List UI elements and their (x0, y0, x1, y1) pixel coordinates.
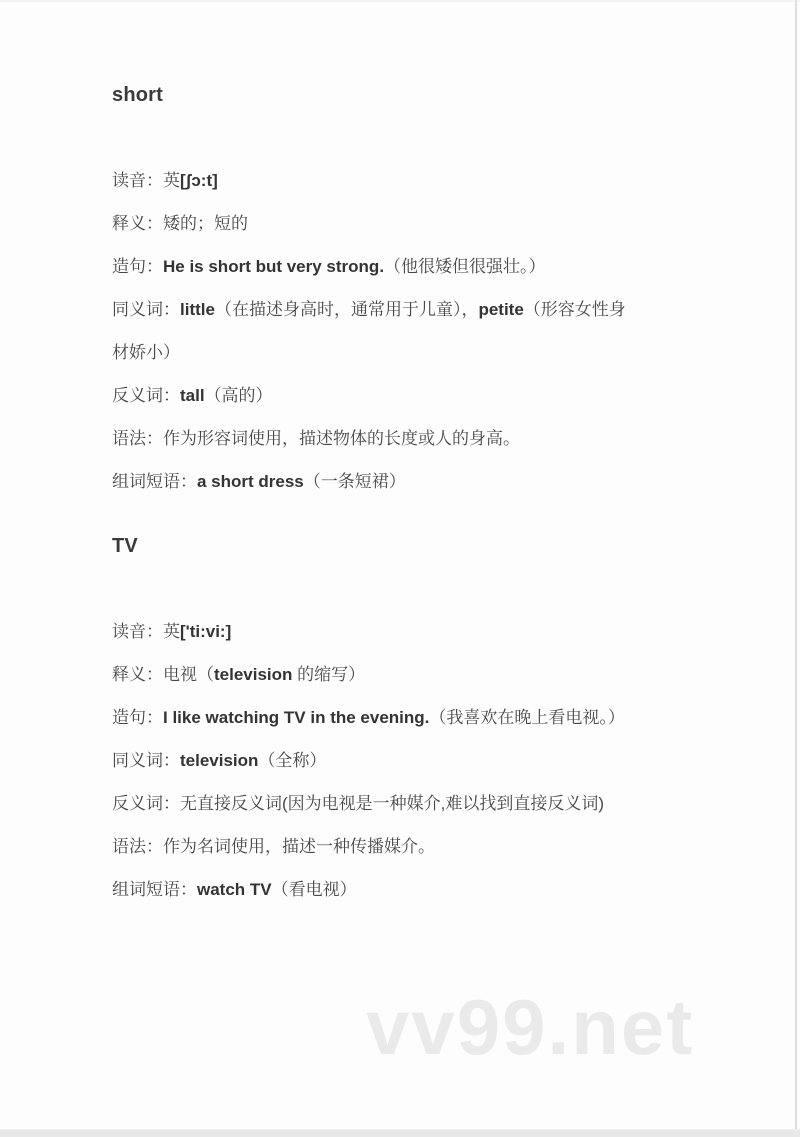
chinese-text: 释义：矮的；短的 (112, 214, 248, 233)
english-text: television (214, 665, 292, 684)
page-right-edge (795, 0, 797, 1130)
chinese-text: 造句： (112, 257, 163, 276)
entry-headword: TV (112, 535, 710, 557)
chinese-text: 语法：作为名词使用，描述一种传播媒介。 (112, 837, 435, 856)
chinese-text: 的缩写） (292, 665, 365, 684)
chinese-text: 反义词： (112, 386, 180, 405)
english-text: tall (180, 386, 205, 405)
chinese-text: （他很矮但很强壮。） (384, 257, 546, 276)
english-text: little (180, 300, 215, 319)
chinese-text: （一条短裙） (304, 472, 406, 491)
english-text: [ʃɔ:t] (180, 171, 218, 190)
entry-line: 读音：英['ti:vi:] (112, 619, 710, 645)
entry-line: 语法：作为名词使用，描述一种传播媒介。 (112, 834, 710, 860)
entry-line: 组词短语：a short dress（一条短裙） (112, 469, 710, 495)
chinese-text: 读音：英 (112, 622, 180, 641)
chinese-text: 同义词： (112, 300, 180, 319)
chinese-text: （看电视） (272, 880, 357, 899)
chinese-text: （我喜欢在晚上看电视。） (429, 708, 625, 727)
english-text: petite (478, 300, 523, 319)
chinese-text: 同义词： (112, 751, 180, 770)
entry-line: 释义：电视（television 的缩写） (112, 662, 710, 688)
english-text: I like watching TV in the evening. (163, 708, 429, 727)
chinese-text: 组词短语： (112, 880, 197, 899)
english-text: watch TV (197, 880, 272, 899)
entries: short读音：英[ʃɔ:t]释义：矮的；短的造句：He is short bu… (112, 84, 710, 920)
chinese-text: 造句： (112, 708, 163, 727)
entry-line: 反义词：tall（高的） (112, 383, 710, 409)
chinese-text: 材娇小） (112, 343, 180, 362)
chinese-text: （全称） (258, 751, 326, 770)
page-top-edge (0, 0, 800, 2)
chinese-text: 读音：英 (112, 171, 180, 190)
document-page: short读音：英[ʃɔ:t]释义：矮的；短的造句：He is short bu… (0, 0, 800, 1137)
chinese-text: （在描述身高时，通常用于儿童）， (215, 300, 479, 319)
entry-line: 组词短语：watch TV（看电视） (112, 877, 710, 903)
chinese-text: （形容女性身 (524, 300, 626, 319)
entry-line: 读音：英[ʃɔ:t] (112, 168, 710, 194)
word-entry: short读音：英[ʃɔ:t]释义：矮的；短的造句：He is short bu… (112, 84, 710, 495)
chinese-text: （高的） (205, 386, 273, 405)
entry-line: 造句：I like watching TV in the evening.（我喜… (112, 705, 710, 731)
english-text: television (180, 751, 258, 770)
english-text: ['ti:vi:] (180, 622, 231, 641)
entry-line: 同义词：little（在描述身高时，通常用于儿童），petite（形容女性身 (112, 297, 710, 323)
entry-line: 反义词：无直接反义词(因为电视是一种媒介,难以找到直接反义词) (112, 791, 710, 817)
english-text: a short dress (197, 472, 304, 491)
viewer-bottom-bar (0, 1129, 800, 1137)
chinese-text: 组词短语： (112, 472, 197, 491)
entry-line: 释义：矮的；短的 (112, 211, 710, 237)
entry-line: 材娇小） (112, 340, 710, 366)
watermark: vv99.net (366, 988, 694, 1066)
chinese-text: 释义：电视（ (112, 665, 214, 684)
entry-line: 同义词：television（全称） (112, 748, 710, 774)
entry-line: 语法：作为形容词使用，描述物体的长度或人的身高。 (112, 426, 710, 452)
entry-line: 造句：He is short but very strong.（他很矮但很强壮。… (112, 254, 710, 280)
word-entry: TV读音：英['ti:vi:]释义：电视（television 的缩写）造句：I… (112, 535, 710, 903)
entry-headword: short (112, 84, 710, 106)
english-text: He is short but very strong. (163, 257, 384, 276)
chinese-text: 语法：作为形容词使用，描述物体的长度或人的身高。 (112, 429, 520, 448)
chinese-text: 反义词：无直接反义词(因为电视是一种媒介,难以找到直接反义词) (112, 794, 604, 813)
